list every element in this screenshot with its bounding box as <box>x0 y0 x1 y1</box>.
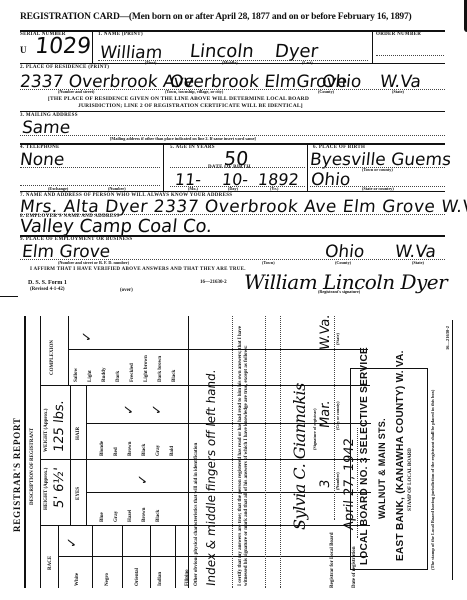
description-header: DESCRIPTION OF REGISTRANT <box>30 428 35 505</box>
hair-option-red: Red <box>114 447 119 456</box>
dotted-rule <box>20 167 160 168</box>
employment-county-sublabel: (County) <box>335 260 351 265</box>
form-revised: (Revised 4-1-42) <box>30 287 65 292</box>
complexion-header: COMPLEXION <box>50 340 55 375</box>
dotted-rule <box>232 316 233 588</box>
dotted-rule <box>280 316 281 588</box>
divider <box>372 31 373 63</box>
divider <box>20 111 445 112</box>
serial-number-value: 1029 <box>34 34 93 59</box>
stamp-line3: EAST BANK, (KANAWHA COUNTY) W. VA. <box>395 350 406 561</box>
race-option-negro: Negro <box>105 573 110 586</box>
dotted-rule <box>20 185 160 186</box>
employment-street-sublabel: (Number and street or R. F. D. number) <box>58 260 129 265</box>
over-label: (over) <box>120 288 133 293</box>
height-header: HEIGHT (Approx.) <box>44 468 49 510</box>
report-title: REGISTRAR'S REPORT <box>12 417 22 532</box>
affirm-text: I AFFIRM THAT I HAVE VERIFIED ABOVE ANSW… <box>30 267 246 272</box>
race-header: RACE <box>48 556 53 570</box>
board-state-sublabel: (State) <box>335 333 340 345</box>
complexion-option-freckled: Freckled <box>130 363 135 382</box>
stamp-line2: WALNUT & MAIN STS. <box>377 418 387 519</box>
race-option-indian: Indian <box>158 572 163 586</box>
divider <box>58 526 59 588</box>
registrars-report: REGISTRAR'S REPORT DESCRIPTION OF REGIST… <box>0 300 467 600</box>
divider <box>86 492 371 493</box>
eyes-option-gray: Gray <box>114 511 119 522</box>
residence-town-sublabel: (Town, township, village, or city) <box>165 89 223 94</box>
divider <box>20 143 445 145</box>
name-middle: Lincoln <box>189 41 255 62</box>
weight-header: WEIGHT (Approx.) <box>44 409 49 452</box>
hair-option-blonde: Blonde <box>100 441 105 456</box>
eyes-option-brown: Brown <box>142 508 147 522</box>
registrar-signature-label: (Signature of registrar) <box>312 409 317 450</box>
divider <box>40 316 41 588</box>
race-white-checkmark: ✓ <box>65 537 80 548</box>
divider <box>92 526 93 588</box>
eyes-option-hazel: Hazel <box>128 510 133 522</box>
employer-value: Valley Camp Coal Co. <box>19 216 213 237</box>
hair-header: HAIR <box>76 427 81 440</box>
order-number-field <box>376 55 444 56</box>
side-code: 16—21630-2 <box>445 326 450 350</box>
race-option-oriental: Oriental <box>135 568 140 586</box>
divider <box>20 63 445 64</box>
serial-prefix: U <box>20 45 27 55</box>
board-city-sublabel: (City or county) <box>335 401 340 430</box>
residence-note-line1: [THE PLACE OF RESIDENCE GIVEN ON THE LIN… <box>48 96 309 102</box>
eyes-option-blue: Blue <box>100 512 105 522</box>
form-id: D. S. S. Form 1 <box>28 280 67 286</box>
eyes-brown-checkmark: ✓ <box>136 474 151 485</box>
complexion-option-dark: Dark <box>116 371 121 382</box>
race-option-white: White <box>75 573 80 586</box>
divider <box>86 460 87 526</box>
divider <box>24 316 26 588</box>
eyes-option-black: Black <box>156 510 161 522</box>
divider <box>122 526 123 588</box>
complexion-option-dark-brown: Dark brown <box>158 356 163 382</box>
mailing-address-note: [Mailing address if other than place ind… <box>110 136 256 141</box>
divider <box>70 459 370 460</box>
signature-label: (Registrant's signature) <box>318 289 360 294</box>
residence-state-sublabel: (State) <box>392 89 404 94</box>
divider <box>40 459 70 460</box>
divider <box>68 316 69 386</box>
residence-street-sublabel: (Number and street) <box>58 89 94 94</box>
eyes-header: EYES <box>76 487 81 500</box>
local-board-state: W.Va. <box>318 314 333 351</box>
other-characteristics-label: Other obvious physical characteristics t… <box>194 443 199 586</box>
local-board-city: Mar. <box>318 400 333 429</box>
stamp-note: (The stamp of the Local Board having jur… <box>430 370 436 570</box>
stamp-line4: STAMP OF LOCAL BOARD <box>408 448 413 511</box>
other-characteristics-value: Index & middle fingers off left hand. <box>204 369 218 587</box>
birthplace-town-sublabel: (Town or county) <box>362 167 393 172</box>
local-board-stamp-box: LOCAL BOARD NO. 3 SELECTIVE SERVICE WALN… <box>350 368 428 570</box>
complexion-option-light-brown: Light brown <box>144 355 149 382</box>
local-board-number: 3 <box>318 479 333 489</box>
complexion-option-black: Black <box>172 370 177 382</box>
residence-label: 2. PLACE OF RESIDENCE (Print) <box>20 65 109 70</box>
stamp-line1: LOCAL BOARD NO. 3 SELECTIVE SERVICE <box>359 347 370 565</box>
divider <box>163 144 164 191</box>
hair-option-black: Black <box>142 444 147 456</box>
divider <box>188 316 189 588</box>
divider <box>0 296 18 297</box>
residence-county-sublabel: (County) <box>318 89 334 94</box>
complexion-option-light: Light <box>88 370 93 382</box>
divider <box>307 144 308 191</box>
certify-text: I certify that my answers are true; that… <box>238 316 250 586</box>
hair-option-bald: Bald <box>170 446 175 456</box>
complexion-option-sallow: Sallow <box>74 368 79 382</box>
hair-brown-checkmark: ✓ <box>122 404 137 415</box>
employment-state-sublabel: (State) <box>412 260 424 265</box>
employment-town-sublabel: (Town) <box>262 260 275 265</box>
print-code: 16—21630-2 <box>200 280 227 285</box>
divider <box>70 386 71 526</box>
hair-option-brown: Brown <box>128 442 133 456</box>
registrar-label: Registrar for Local Board <box>330 532 335 588</box>
name-last: Dyer <box>274 41 319 62</box>
divider <box>92 31 93 63</box>
hair-gray-checkmark: ✓ <box>150 404 165 415</box>
board-number-sublabel: (Number) <box>335 472 340 490</box>
age-label: 5. AGE IN YEARS <box>170 145 215 150</box>
complexion-option-ruddy: Ruddy <box>102 368 107 382</box>
height-value: 5' 6½' <box>52 467 67 509</box>
complexion-light-checkmark: ✓ <box>80 331 95 342</box>
order-number-label: ORDER NUMBER <box>376 32 421 37</box>
registrar-signature: Sylvia C. Giannakis <box>290 383 309 530</box>
divider <box>150 526 151 588</box>
residence-note-line2: JURISDICTION; LINE 2 OF REGISTRATION CER… <box>78 103 303 109</box>
weight-value: 125 lbs. <box>52 399 67 452</box>
divider <box>20 191 445 192</box>
card-title: REGISTRATION CARD—(Men born on or after … <box>20 12 411 22</box>
divider <box>175 526 176 588</box>
hair-option-gray: Gray <box>156 445 161 456</box>
dotted-rule <box>265 316 266 588</box>
name-label: 1. NAME (Print) <box>98 32 143 37</box>
birthplace-state: Ohio <box>310 170 351 190</box>
divider <box>452 320 453 580</box>
